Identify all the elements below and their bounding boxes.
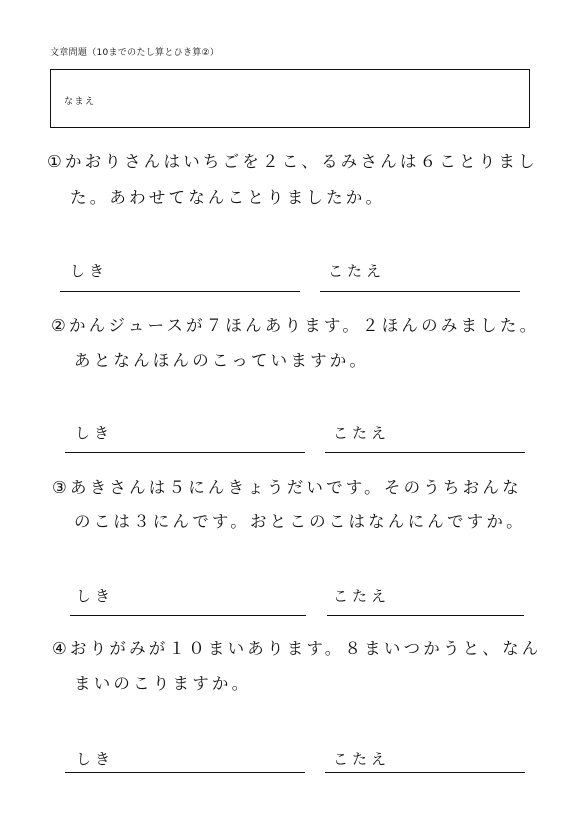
question-text-line: ④おりがみが１０まいあります。８まいつかうと、なん: [52, 639, 541, 659]
question-text-line: た。あわせてなんことりましたか。: [70, 188, 385, 208]
worksheet-title: 文章問題（10までのたし算とひき算②）: [50, 45, 219, 58]
answer-line[interactable]: [325, 772, 525, 773]
question-text-line: ①かおりさんはいちごを２こ、るみさんは６ことりまし: [47, 152, 538, 172]
question-text-line: ②かんジュースが７ほんあります。２ほんのみました。: [51, 316, 539, 336]
answer-line[interactable]: [320, 291, 520, 292]
expression-answer-line[interactable]: [60, 291, 300, 292]
answer-line[interactable]: [325, 452, 525, 453]
question-text-line: まいのこりますか。: [74, 674, 251, 694]
answer-line[interactable]: [327, 615, 524, 616]
expression-label: しき: [75, 424, 113, 442]
answer-label: こたえ: [328, 262, 385, 280]
question-text-line: のこは３にんです。おとこのこはなんにんですか。: [74, 512, 526, 532]
expression-label: しき: [76, 587, 114, 605]
answer-label: こたえ: [333, 424, 390, 442]
expression-answer-line[interactable]: [65, 772, 305, 773]
name-field[interactable]: なまえ: [50, 69, 530, 128]
answer-label: こたえ: [333, 750, 390, 768]
expression-label: しき: [70, 262, 108, 280]
expression-answer-line[interactable]: [70, 615, 306, 616]
answer-label: こたえ: [333, 587, 390, 605]
question-text-line: あとなんほんのこっていますか。: [74, 351, 369, 371]
name-label: なまえ: [64, 94, 96, 107]
expression-answer-line[interactable]: [65, 452, 305, 453]
question-text-line: ③あきさんは５にんきょうだいです。そのうちおんな: [52, 478, 522, 498]
expression-label: しき: [76, 750, 114, 768]
